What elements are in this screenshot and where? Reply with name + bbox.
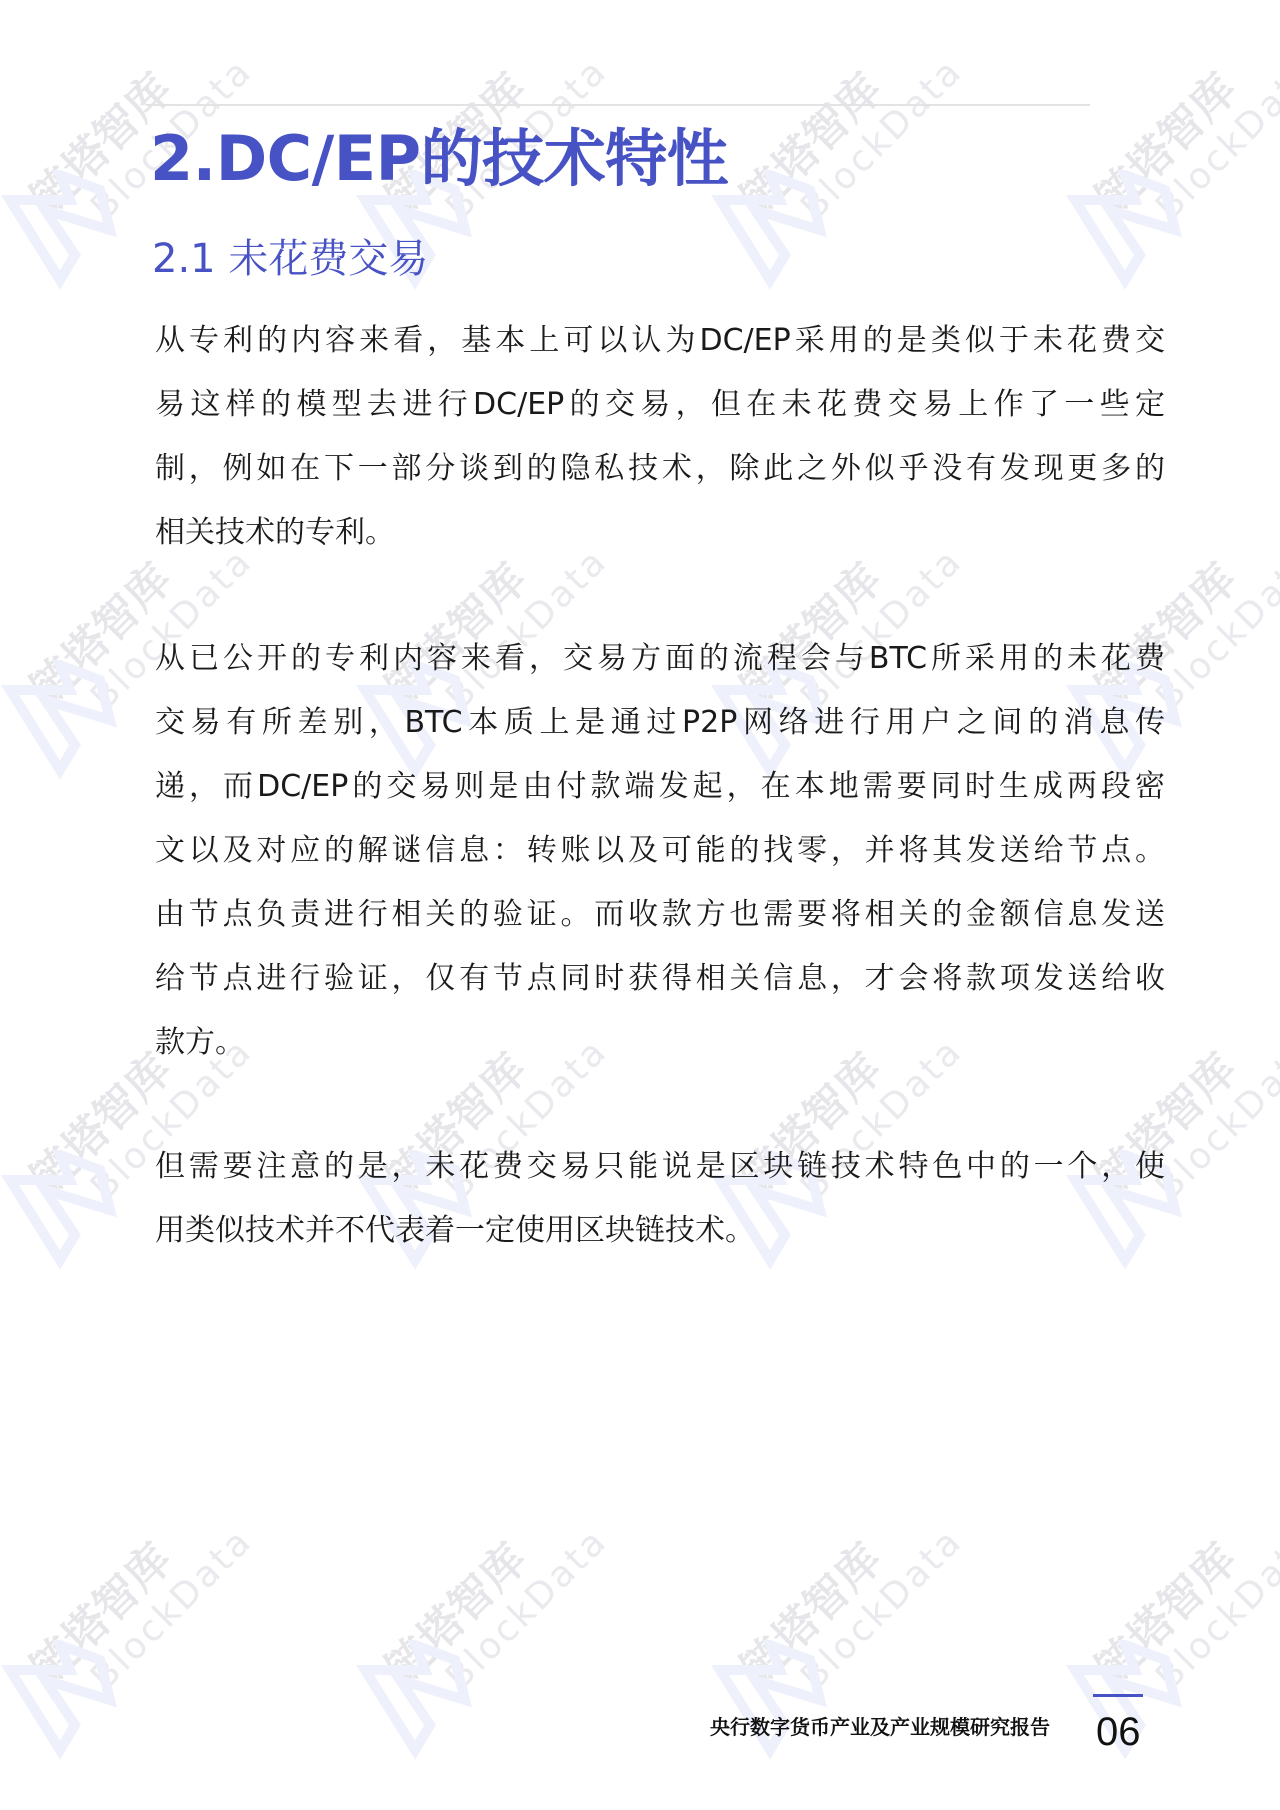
- blockdata-logo-icon: [0, 1640, 130, 1760]
- watermark-text: 链塔智库BlockData: [1089, 16, 1280, 255]
- text-line: 款方。: [155, 1011, 1165, 1075]
- page-number: 06: [1096, 1710, 1141, 1754]
- watermark-text: 链塔智库BlockData: [379, 1486, 618, 1725]
- page-title: 2.DC/EP的技术特性: [150, 122, 728, 196]
- blockdata-logo-icon: [710, 1640, 840, 1760]
- header-rule: [146, 104, 1090, 106]
- watermark: 链塔智库BlockData: [1075, 20, 1280, 280]
- text-line: 但需要注意的是，未花费交易只能说是区块链技术特色中的一个，使: [155, 1135, 1165, 1199]
- blockdata-logo-icon: [355, 1640, 485, 1760]
- text-line: 给节点进行验证，仅有节点同时获得相关信息，才会将款项发送给收: [155, 947, 1165, 1011]
- text-line: 制，例如在下一部分谈到的隐私技术，除此之外似乎没有发现更多的: [155, 437, 1165, 501]
- blockdata-logo-icon: [0, 660, 130, 780]
- blockdata-logo-icon: [710, 170, 840, 290]
- watermark: 链塔智库BlockData: [720, 20, 980, 280]
- section-title: 2.1 未花费交易: [152, 236, 428, 282]
- text-line: 相关技术的专利。: [155, 501, 1165, 565]
- text-line: 递，而DC/EP的交易则是由付款端发起，在本地需要同时生成两段密: [155, 755, 1165, 819]
- text-line: 用类似技术并不代表着一定使用区块链技术。: [155, 1199, 1165, 1263]
- text-line: 由节点负责进行相关的验证。而收款方也需要将相关的金额信息发送: [155, 883, 1165, 947]
- text-line: 易这样的模型去进行DC/EP的交易，但在未花费交易上作了一些定: [155, 373, 1165, 437]
- paragraph-1: 从专利的内容来看，基本上可以认为DC/EP采用的是类似于未花费交 易这样的模型去…: [155, 309, 1165, 565]
- blockdata-logo-icon: [0, 170, 130, 290]
- watermark: 链塔智库BlockData: [365, 1490, 625, 1750]
- text-line: 文以及对应的解谜信息：转账以及可能的找零，并将其发送给节点。: [155, 819, 1165, 883]
- watermark: 链塔智库BlockData: [720, 1490, 980, 1750]
- footer-report-title: 央行数字货币产业及产业规模研究报告: [710, 1714, 1050, 1740]
- paragraph-2: 从已公开的专利内容来看，交易方面的流程会与BTC所采用的未花费 交易有所差别，B…: [155, 627, 1165, 1075]
- text-line: 从专利的内容来看，基本上可以认为DC/EP采用的是类似于未花费交: [155, 309, 1165, 373]
- watermark-text: 链塔智库BlockData: [734, 1486, 973, 1725]
- footer-accent-bar: [1093, 1694, 1143, 1697]
- watermark-text: 链塔智库BlockData: [734, 16, 973, 255]
- watermark: 链塔智库BlockData: [10, 1490, 270, 1750]
- text-line: 从已公开的专利内容来看，交易方面的流程会与BTC所采用的未花费: [155, 627, 1165, 691]
- paragraph-3: 但需要注意的是，未花费交易只能说是区块链技术特色中的一个，使 用类似技术并不代表…: [155, 1135, 1165, 1263]
- blockdata-logo-icon: [1065, 170, 1195, 290]
- watermark-text: 链塔智库BlockData: [1089, 1486, 1280, 1725]
- watermark-text: 链塔智库BlockData: [24, 1486, 263, 1725]
- blockdata-logo-icon: [0, 1150, 130, 1270]
- text-line: 交易有所差别，BTC本质上是通过P2P网络进行用户之间的消息传: [155, 691, 1165, 755]
